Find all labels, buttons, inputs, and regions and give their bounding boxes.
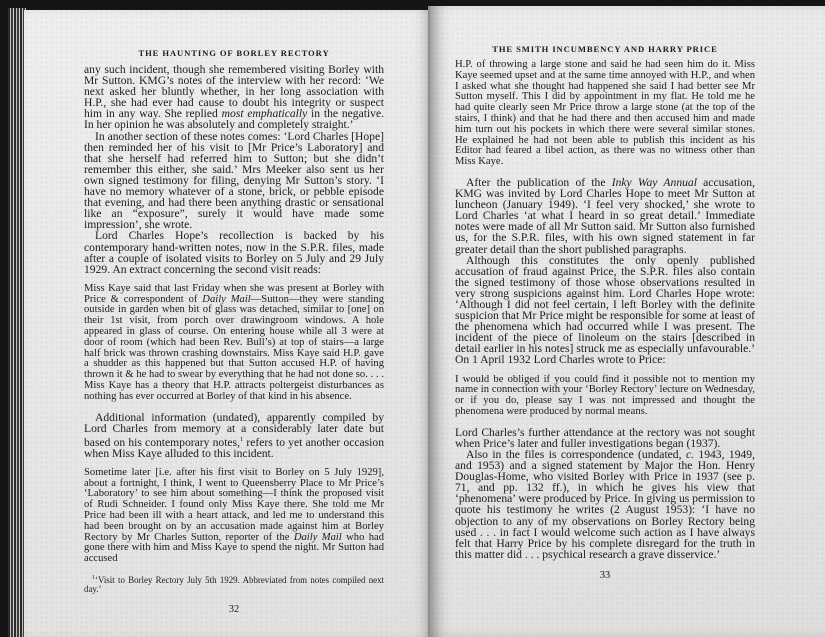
paragraph: After the publication of the Inky Way An… [455,177,755,255]
left-page-content: THE HAUNTING OF BORLEY RECTORY any such … [84,48,384,615]
footnote: 1‘Visit to Borley Rectory July 5th 1929.… [84,574,384,594]
paragraph: In another section of these notes comes:… [84,131,384,231]
left-page: THE HAUNTING OF BORLEY RECTORY any such … [24,10,430,637]
paragraph: Although this constitutes the only openl… [455,255,755,366]
paragraph: Additional information (undated), appare… [84,412,384,459]
paragraph: Lord Charles’s further attendance at the… [455,427,755,449]
page-number: 32 [84,604,384,615]
block-quote: I would be obliged if you could find it … [455,375,755,418]
page-number: 33 [455,570,755,581]
paragraph: Also in the files is correspondence (und… [455,449,755,560]
block-quote-continued: H.P. of throwing a large stone and said … [455,60,755,168]
book-spread: THE HAUNTING OF BORLEY RECTORY any such … [0,0,825,637]
running-head-left: THE HAUNTING OF BORLEY RECTORY [84,48,384,58]
right-page-content: THE SMITH INCUMBENCY AND HARRY PRICE H.P… [455,44,755,581]
block-quote: Miss Kaye said that last Friday when she… [84,284,384,403]
paragraph: any such incident, though she remembered… [84,64,384,131]
paragraph: Lord Charles Hope’s recollection is back… [84,230,384,274]
running-head-right: THE SMITH INCUMBENCY AND HARRY PRICE [455,44,755,54]
right-page: THE SMITH INCUMBENCY AND HARRY PRICE H.P… [430,6,825,637]
block-quote: Sometime later [i.e. after his first vis… [84,468,384,565]
